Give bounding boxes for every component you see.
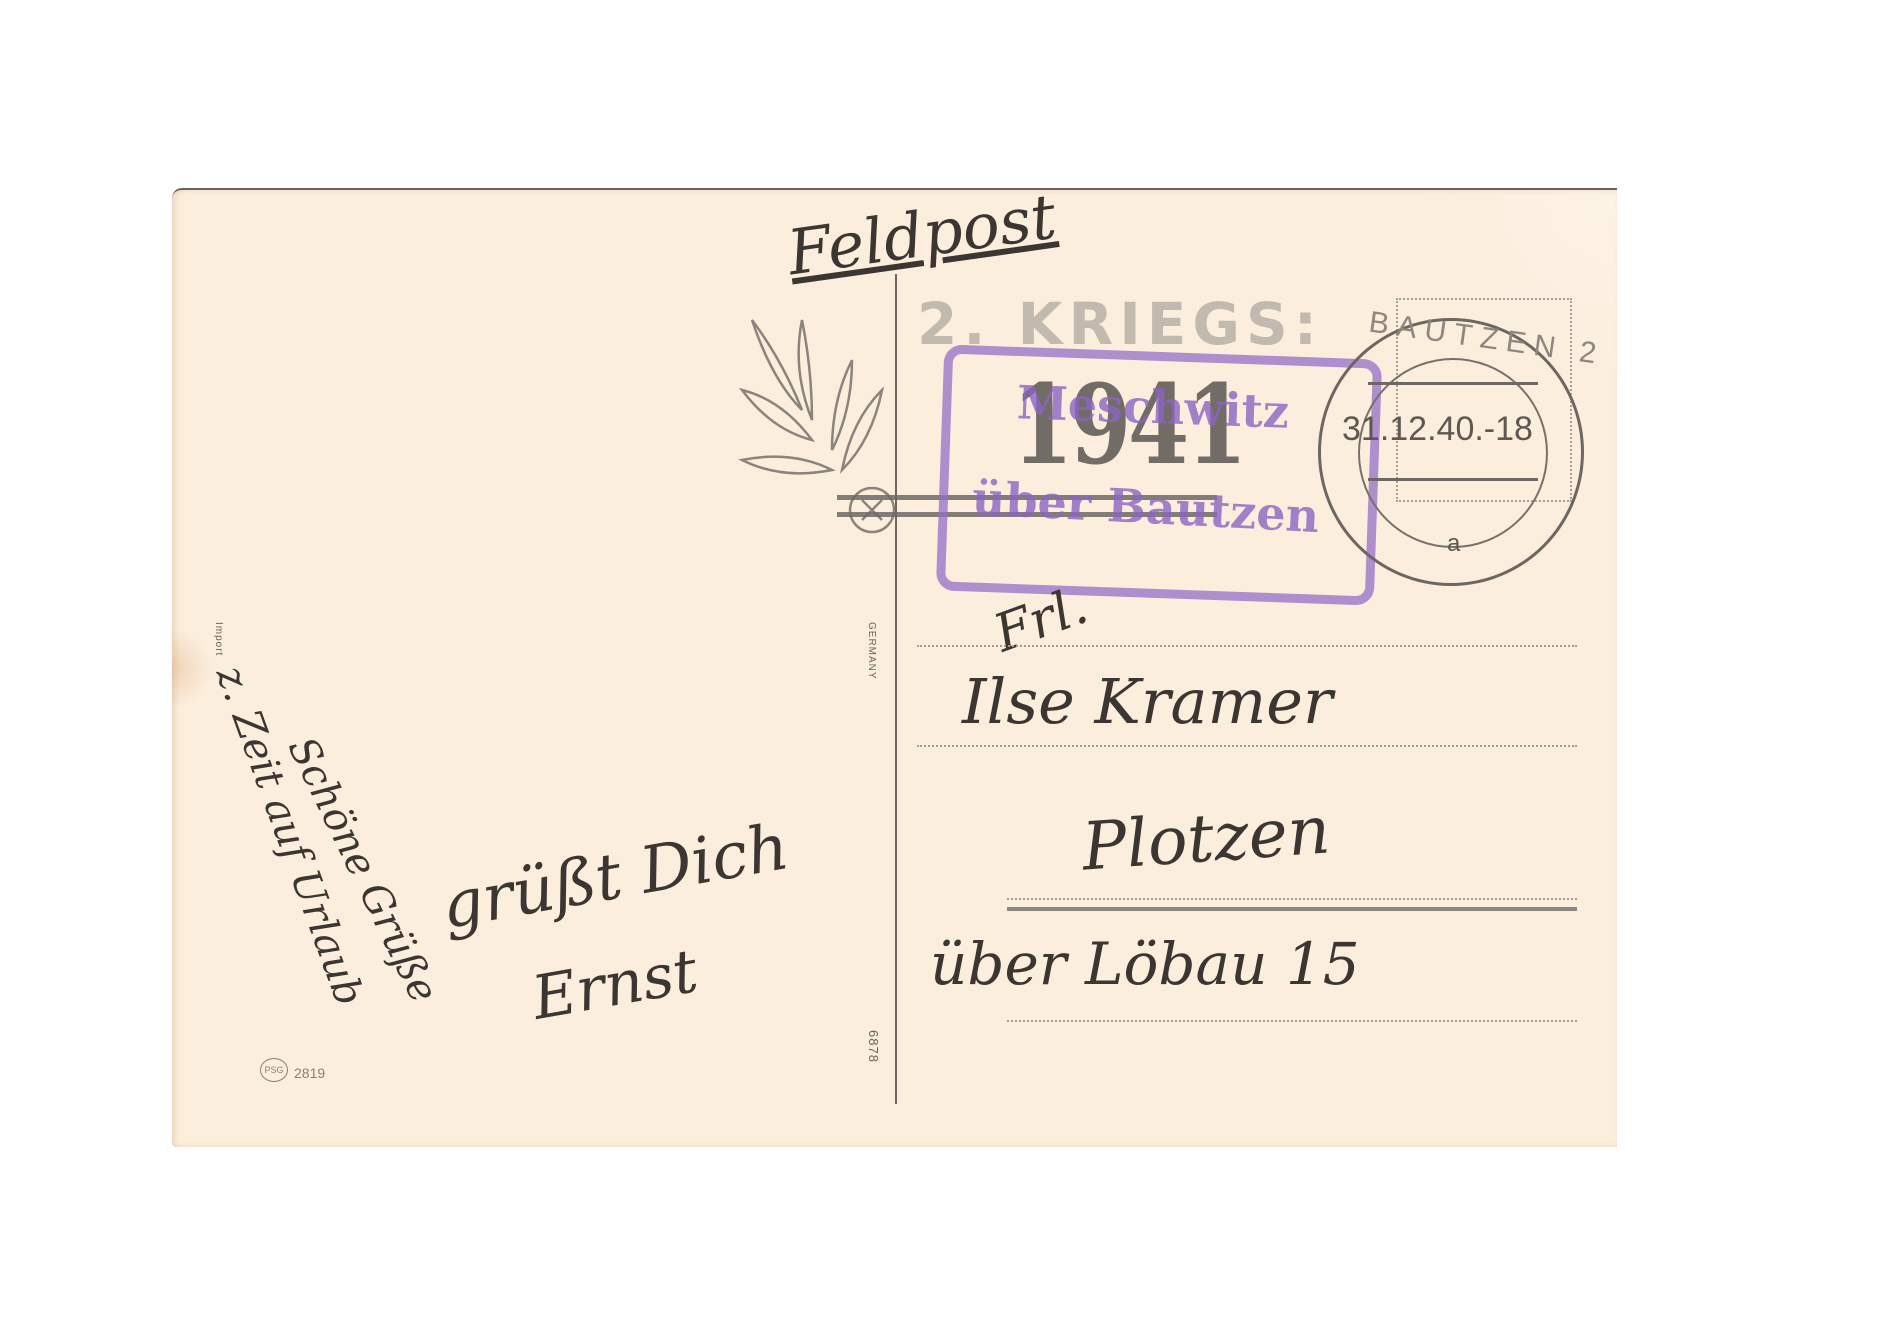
message-signature: Ernst: [527, 936, 703, 1034]
feldpost-note: Feldpost: [783, 180, 1060, 290]
postmark-code: a: [1447, 530, 1460, 558]
address-name: Ilse Kramer: [962, 665, 1333, 738]
postmark-inner-ring: [1358, 358, 1548, 548]
address-line-3: [1007, 898, 1577, 900]
postmark-bar-bottom: [1368, 478, 1538, 481]
address-via: über Löbau 15: [930, 930, 1360, 998]
address-town-underline: [1007, 907, 1577, 911]
message-line1: grüßt Dich: [436, 810, 794, 944]
import-label: Import: [213, 622, 224, 656]
postcard: Feldpost Import GERMANY 6878 2819 PSG Sc…: [172, 188, 1617, 1147]
address-town: Plotzen: [1080, 791, 1333, 885]
laurel-wreath-icon: [732, 300, 912, 540]
postmark-bar-top: [1368, 382, 1538, 385]
address-line-2: [917, 745, 1577, 747]
publisher-number: 2819: [294, 1065, 325, 1081]
address-line-1: [917, 645, 1577, 647]
publisher-logo-icon: PSG: [260, 1058, 288, 1082]
germany-label: GERMANY: [866, 622, 877, 680]
series-number: 6878: [866, 1030, 881, 1063]
auxiliary-stamp-line1: Meschwitz: [1016, 375, 1290, 438]
address-line-4: [1007, 1020, 1577, 1022]
postmark-date: 31.12.40.-18: [1342, 410, 1533, 449]
